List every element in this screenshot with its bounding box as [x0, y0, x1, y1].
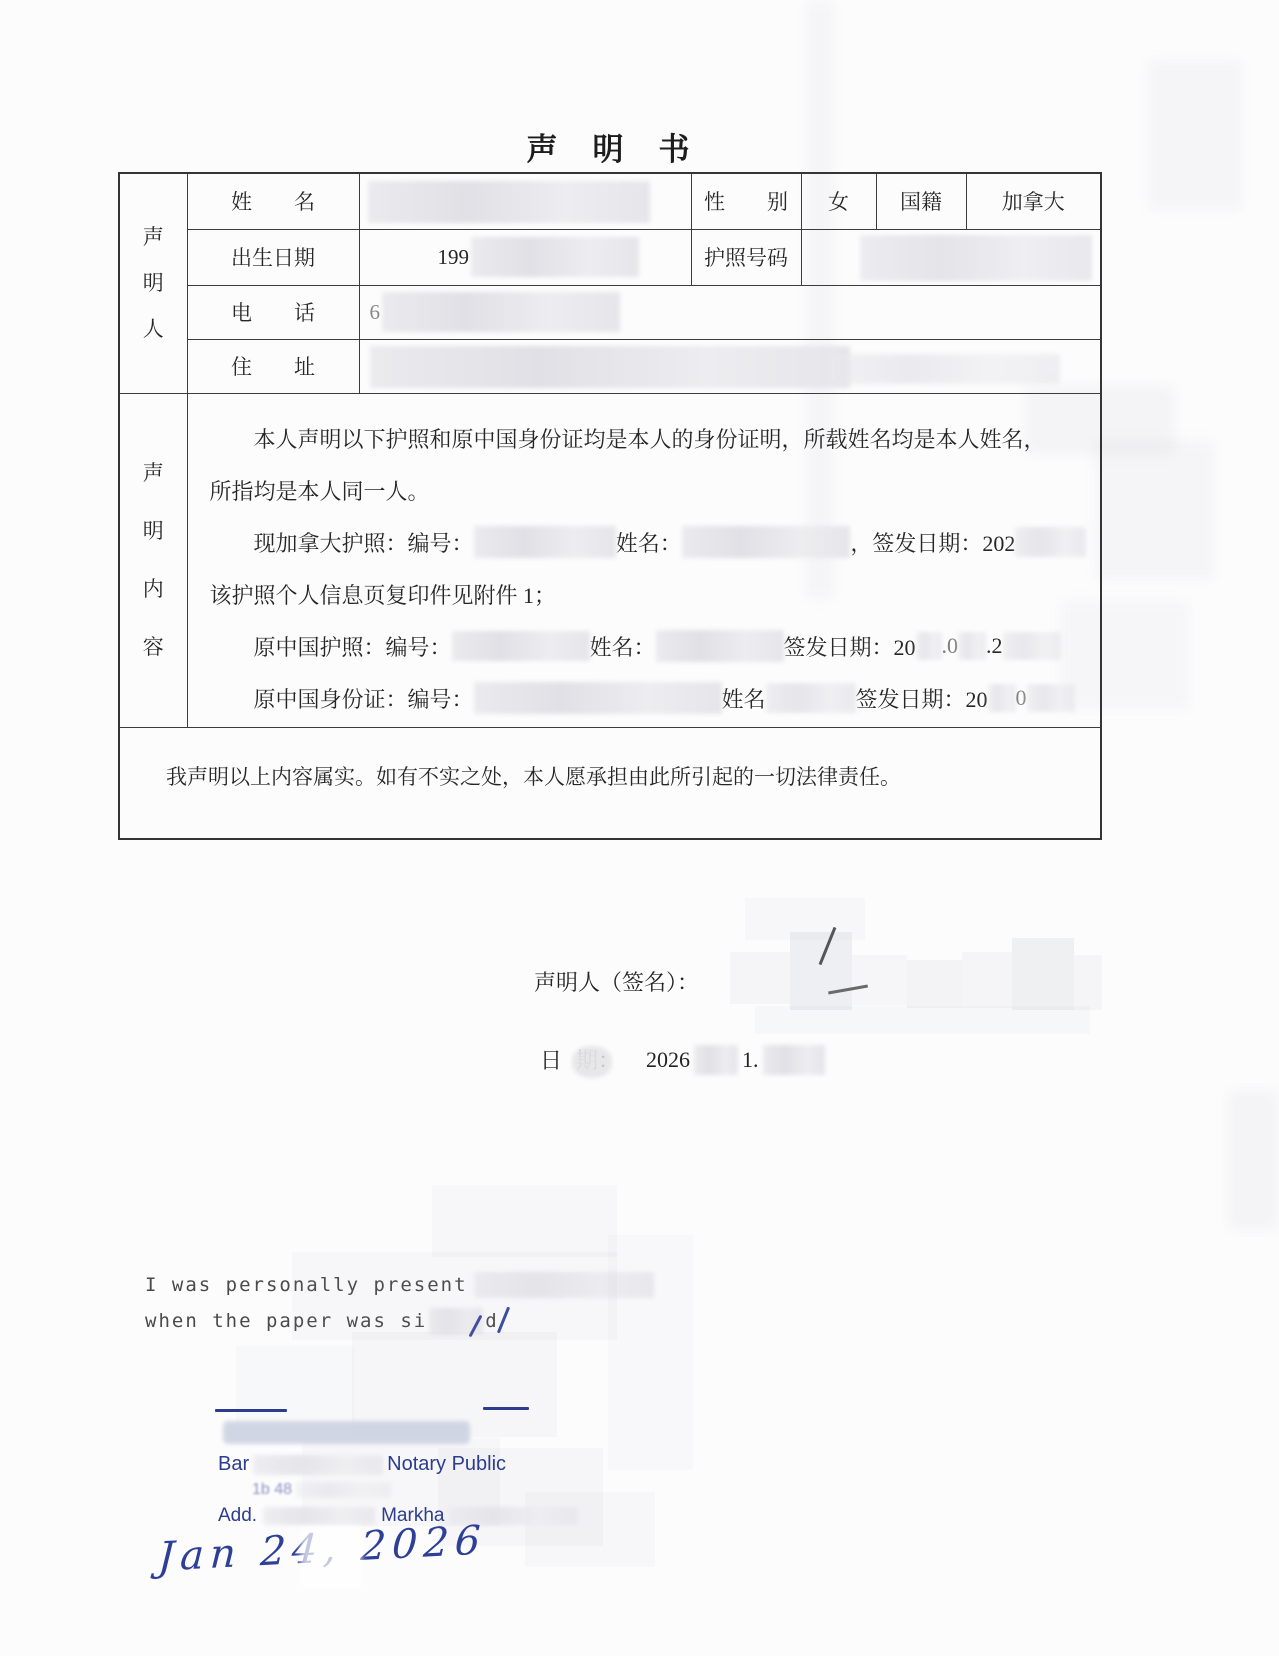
- declaration-table: 声明人 姓 名 性 别 女 国籍 加拿大 出生日期 199 护照号码: [118, 172, 1102, 840]
- redaction-patch: [1027, 684, 1075, 712]
- content-line-1: 本人声明以下护照和原中国身份证均是本人的身份证明，所载姓名均是本人姓名，: [210, 412, 1087, 464]
- redaction-patch: [860, 235, 1092, 281]
- redaction-patch: [236, 1346, 354, 1424]
- redaction-patch: [763, 1045, 825, 1075]
- date-label-part1: 日: [540, 1044, 562, 1075]
- declarant-vertical-label: 声明人: [119, 173, 187, 393]
- redaction-patch: [471, 237, 639, 277]
- gender-label: 性 别: [691, 173, 801, 229]
- redaction-patch: [755, 1006, 1090, 1034]
- dob-label: 出生日期: [187, 229, 359, 285]
- declaration-date-line: 日 期 ： 2026 1.: [540, 1044, 825, 1075]
- redaction-patch: [263, 1507, 375, 1525]
- redaction-patch: [253, 1455, 383, 1475]
- phone-visible-digit: 6: [370, 300, 381, 325]
- redaction-patch: [958, 632, 986, 660]
- scanned-declaration-page: 声 明 书 声明人 姓 名 性 别 女 国籍 加拿大 出生日期 199: [0, 0, 1279, 1656]
- passport-label: 护照号码: [691, 229, 801, 285]
- redaction-patch: [1003, 632, 1061, 660]
- redaction-patch: [382, 292, 620, 332]
- declaration-content-cell: 本人声明以下护照和原中国身份证均是本人的身份证明，所载姓名均是本人姓名， 所指均…: [187, 393, 1101, 727]
- redaction-patch: [730, 952, 790, 1004]
- redaction-patch: [432, 1185, 617, 1257]
- notary-midline-fragment: 1b 48: [252, 1481, 391, 1499]
- redaction-patch: [474, 682, 722, 714]
- gender-value: 女: [801, 173, 876, 229]
- notary-title-line: Bar Notary Public: [218, 1453, 506, 1476]
- redaction-patch: [694, 1045, 738, 1075]
- redaction-patch: [962, 952, 1012, 1008]
- redaction-patch: [300, 1526, 362, 1588]
- redaction-patch: [223, 1421, 470, 1444]
- redaction-patch: [852, 955, 907, 1005]
- name-value-cell: [359, 173, 691, 229]
- redaction-patch: [656, 630, 784, 662]
- notary-signature-line: [215, 1409, 287, 1412]
- redaction-patch: [988, 684, 1016, 712]
- redaction-patch: [368, 181, 650, 223]
- redaction-patch: [452, 631, 590, 661]
- scan-artifact: [1228, 1090, 1279, 1230]
- redaction-patch: [608, 1235, 693, 1470]
- redaction-patch: [766, 683, 856, 713]
- redaction-patch: [474, 526, 616, 558]
- redaction-patch: [296, 1482, 391, 1498]
- nationality-label: 国籍: [876, 173, 966, 229]
- address-label: 住 址: [187, 339, 359, 393]
- passport-value-cell: [801, 229, 1101, 285]
- content-line-2: 所指均是本人同一人。: [210, 464, 1087, 516]
- redaction-patch: [790, 932, 852, 1010]
- redaction-patch: [1015, 527, 1086, 557]
- dob-value-cell: 199: [359, 229, 691, 285]
- dob-visible-digits: 199: [438, 245, 470, 270]
- nationality-value: 加拿大: [966, 173, 1101, 229]
- address-value-cell: [359, 339, 1101, 393]
- scan-artifact: [1148, 60, 1243, 210]
- date-fragment: 1.: [742, 1047, 759, 1073]
- notary-signature-line: [483, 1407, 529, 1410]
- redaction-patch: [830, 354, 1060, 384]
- redaction-patch: [370, 346, 850, 388]
- document-title: 声 明 书: [118, 124, 1100, 169]
- redaction-patch: [907, 960, 962, 1008]
- redaction-patch: [525, 1492, 655, 1567]
- liability-statement: 我声明以上内容属实。如有不实之处，本人愿承担由此所引起的一切法律责任。: [119, 727, 1101, 839]
- phone-value-cell: 6: [359, 285, 1101, 339]
- redaction-patch: [916, 632, 942, 660]
- phone-label: 电 话: [187, 285, 359, 339]
- content-line-6: 原中国身份证：编号： 姓名 签发日期：20 0: [210, 672, 1087, 724]
- date-year: 2026: [646, 1047, 690, 1073]
- scan-artifact: [1095, 440, 1215, 580]
- content-vertical-label: 声明内容: [119, 393, 187, 727]
- content-line-5: 原中国护照：编号： 姓名： 签发日期：20 .0 .2: [210, 620, 1087, 672]
- content-line-3: 现加拿大护照：编号： 姓名： ，签发日期：202: [210, 516, 1087, 568]
- redaction-patch: [682, 526, 851, 558]
- redaction-patch: [1074, 955, 1102, 1010]
- redaction-patch: [292, 1252, 617, 1340]
- name-label: 姓 名: [187, 173, 359, 229]
- redaction-patch: [572, 1046, 612, 1078]
- declarant-signature-label: 声明人（签名）：: [534, 966, 699, 997]
- content-line-4: 该护照个人信息页复印件见附件 1；: [210, 568, 1087, 620]
- redaction-patch: [1012, 938, 1074, 1010]
